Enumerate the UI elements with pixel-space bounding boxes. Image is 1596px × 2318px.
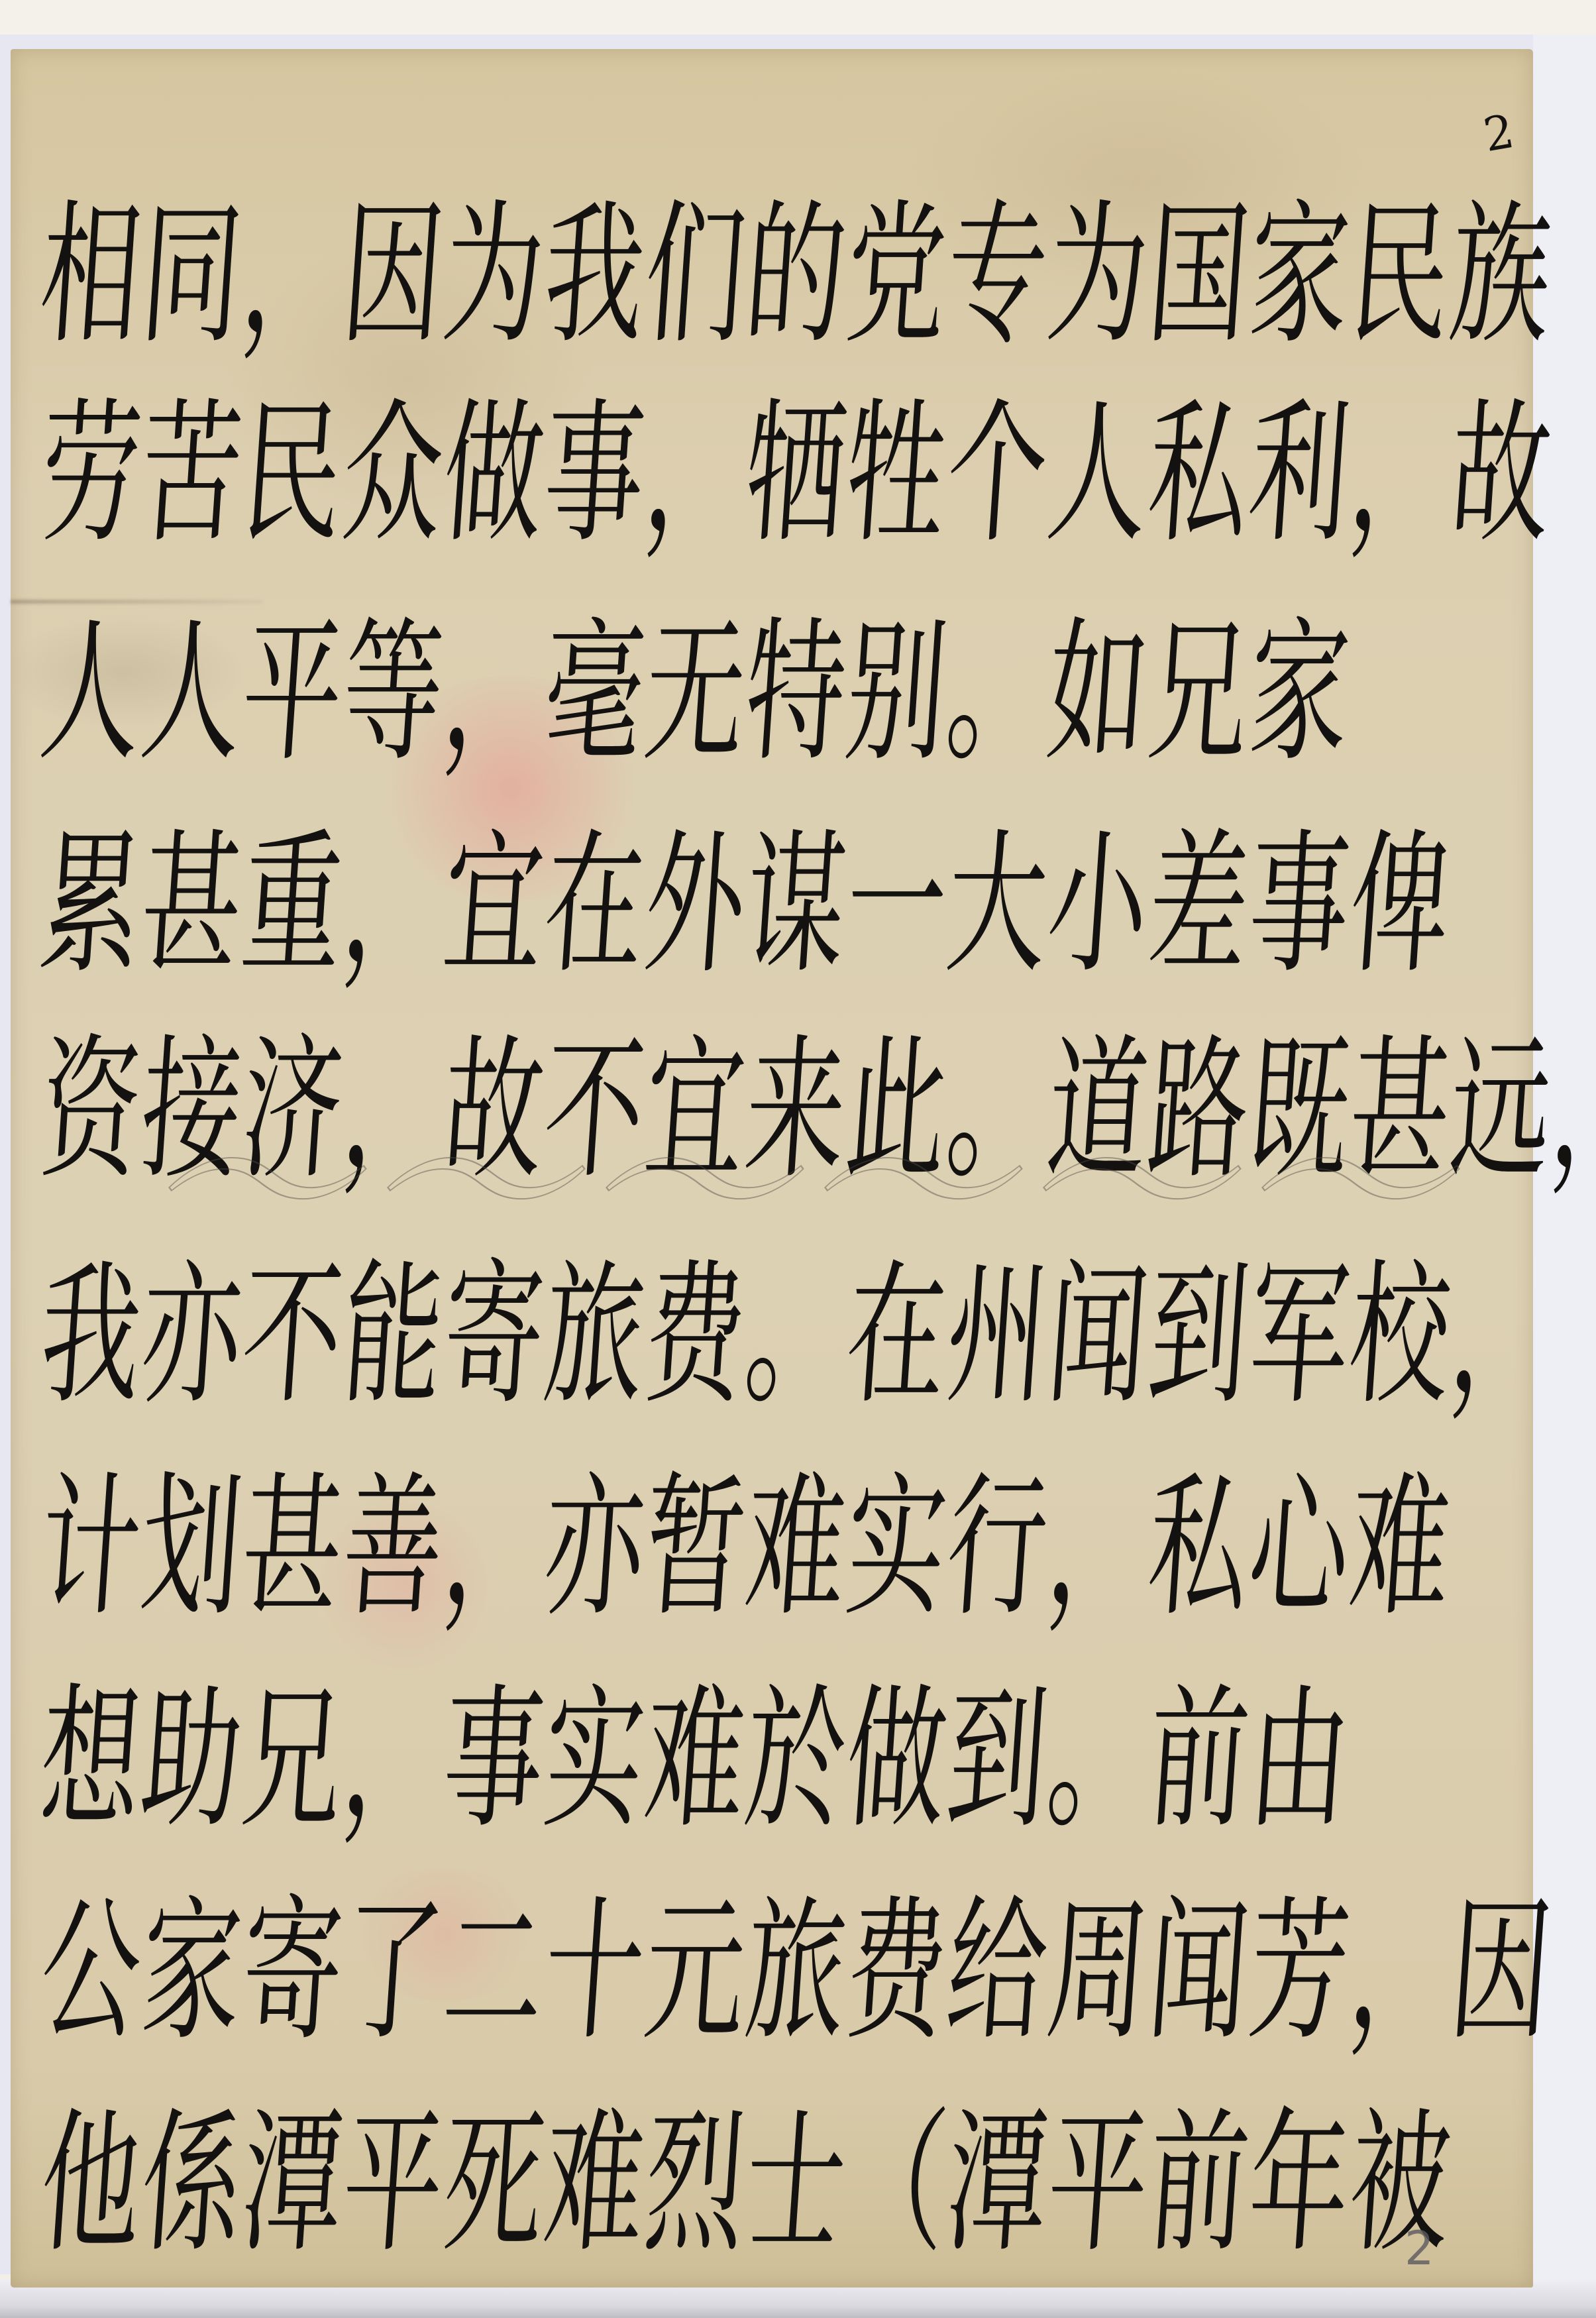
manuscript-line: 资接济，故不宜来此。道路既甚远， — [36, 1034, 1596, 1188]
manuscript-line: 人人平等，毫无特别。如兄家 — [36, 616, 1356, 771]
manuscript-line: 相同，因为我们的党专为国家民族 — [36, 199, 1557, 353]
manuscript-line: 公家寄了二十元旅费给周闻芳，因 — [36, 1895, 1557, 2050]
manuscript-line: 累甚重，宜在外谋一大小差事俾 — [36, 828, 1456, 983]
manuscript-line: 计划甚善，亦暂难实行，私心难 — [36, 1471, 1456, 1626]
manuscript-line: 劳苦民众做事，牺牲个人私利，故 — [36, 398, 1557, 552]
page-number-pencil: 2 — [1405, 2221, 1434, 2276]
paper-fold-crease — [11, 600, 262, 604]
manuscript-line: 我亦不能寄旅费。在州闻到军校， — [36, 1259, 1557, 1413]
scan-background-top — [0, 0, 1596, 36]
manuscript-line: 他係潭平死难烈士（潭平前年被 — [36, 2107, 1456, 2262]
manuscript-line: 想助兄，事实难於做到。前由 — [36, 1683, 1356, 1838]
